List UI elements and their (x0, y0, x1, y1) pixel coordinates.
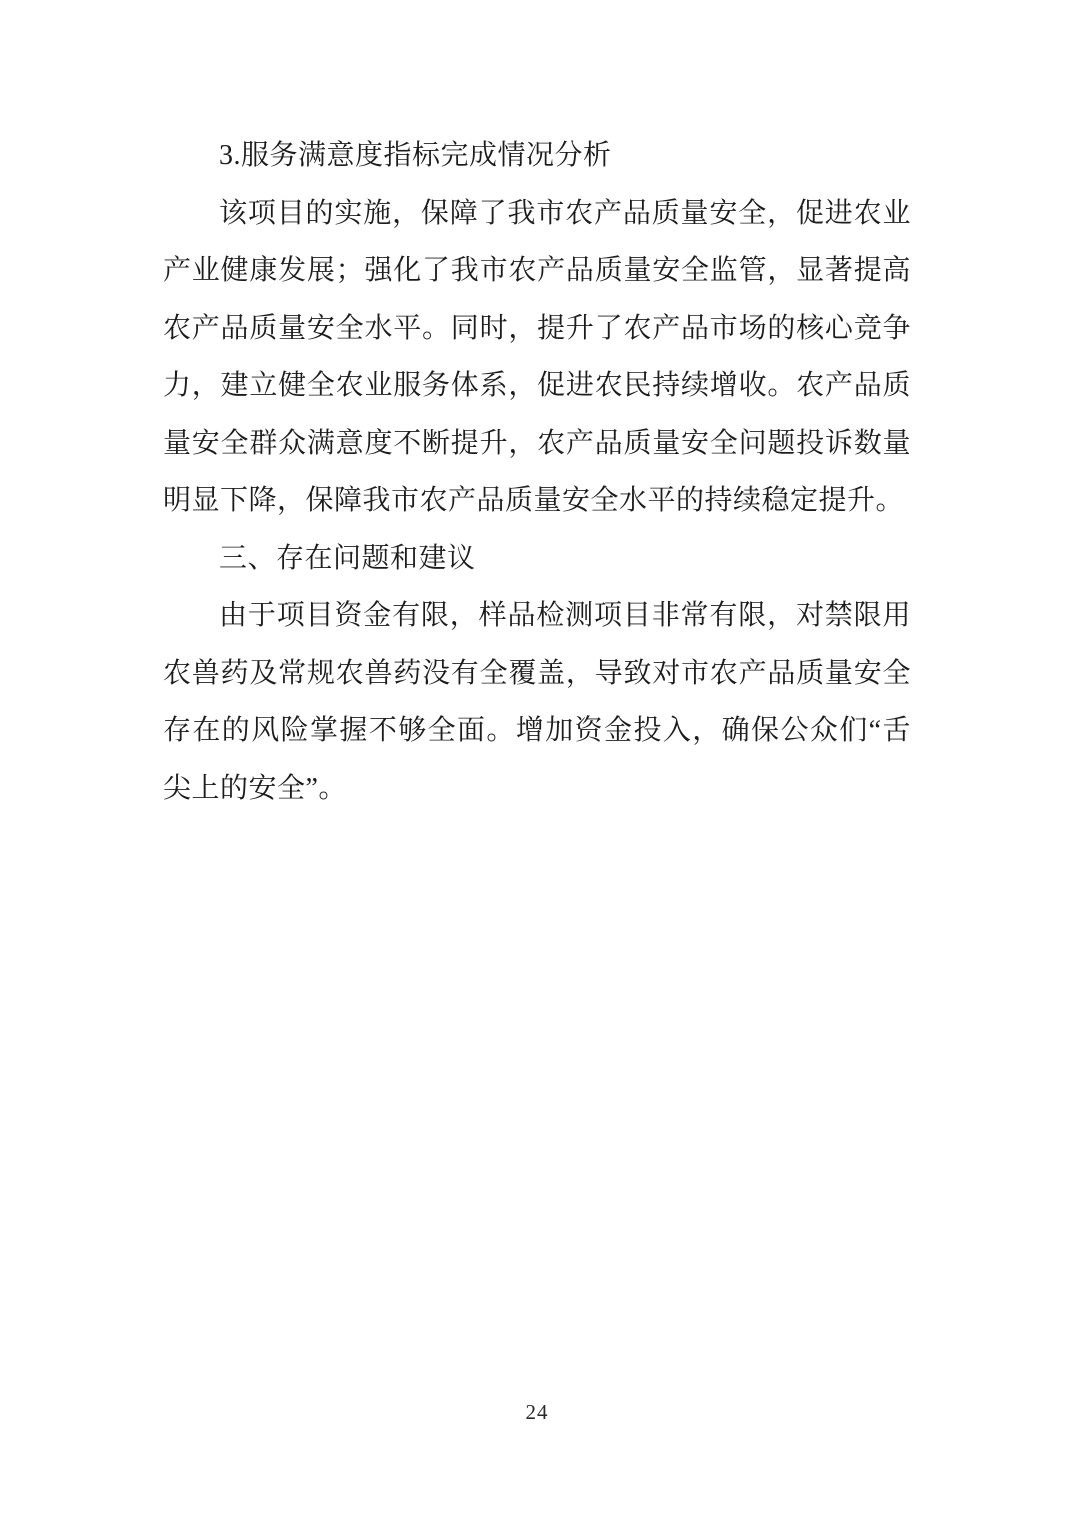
document-body: 3.服务满意度指标完成情况分析 该项目的实施，保障了我市农产品质量安全，促进农业… (163, 127, 911, 817)
section-heading-problems-suggestions: 三、存在问题和建议 (163, 530, 911, 588)
page-footer: 24 (0, 1400, 1074, 1425)
document-page: 3.服务满意度指标完成情况分析 该项目的实施，保障了我市农产品质量安全，促进农业… (0, 0, 1074, 1520)
section-heading-service-satisfaction: 3.服务满意度指标完成情况分析 (163, 127, 911, 185)
page-number: 24 (526, 1400, 549, 1424)
paragraph-service-satisfaction-analysis: 该项目的实施，保障了我市农产品质量安全，促进农业产业健康发展；强化了我市农产品质… (163, 185, 911, 530)
paragraph-problems-suggestions: 由于项目资金有限，样品检测项目非常有限，对禁限用农兽药及常规农兽药没有全覆盖，导… (163, 587, 911, 817)
